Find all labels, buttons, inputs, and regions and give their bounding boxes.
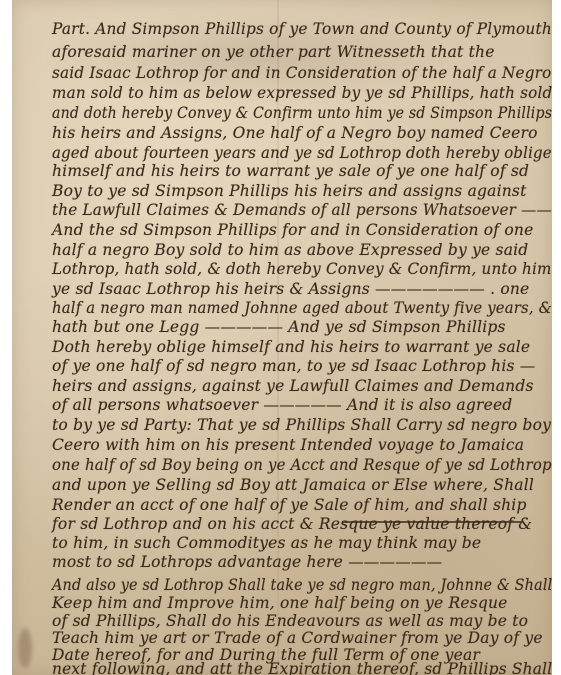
manuscript-line: for sd Lothrop and on his acct & Resque …: [52, 517, 538, 533]
manuscript-line: said Isaac Lothrop for and in Considerat…: [52, 66, 529, 82]
manuscript-line: and upon ye Selling sd Boy att Jamaica o…: [52, 478, 538, 494]
ink-stain: [18, 628, 32, 668]
manuscript-line: to him, in such Commodityes as he may th…: [52, 536, 538, 552]
manuscript-line: man sold to him as below expressed by ye…: [52, 86, 528, 102]
manuscript-line: Boy to ye sd Simpson Phillips his heirs …: [52, 184, 538, 200]
manuscript-line: half a negro man named Johnne aged about…: [52, 301, 517, 317]
manuscript-line: himself and his heirs to warrant ye sale…: [52, 164, 538, 180]
manuscript-page: Part. And Simpson Phillips of ye Town an…: [12, 0, 552, 675]
manuscript-line: hath but one Legg ————— And ye sd Simpso…: [52, 320, 538, 336]
manuscript-line: and doth hereby Convey & Confirm unto hi…: [52, 106, 495, 122]
manuscript-line: aforesaid mariner on ye other part Witne…: [52, 45, 538, 61]
manuscript-line: ye sd Isaac Lothrop his heirs & Assigns …: [52, 282, 538, 298]
manuscript-line: Doth hereby oblige himself and his heirs…: [52, 340, 538, 356]
manuscript-line: most to sd Lothrops advantage here —————…: [52, 555, 538, 571]
manuscript-line: his heirs and Assigns, One half of a Neg…: [52, 126, 538, 142]
manuscript-line: half a negro Boy sold to him as above Ex…: [52, 243, 538, 259]
manuscript-line: to by ye sd Party: That ye sd Phillips S…: [52, 418, 538, 434]
manuscript-line: one half of sd Boy being on ye Acct and …: [52, 458, 520, 474]
manuscript-line: Lothrop, hath sold, & doth hereby Convey…: [52, 262, 528, 278]
manuscript-line: Ceero with him on his present Intended v…: [52, 438, 538, 454]
manuscript-line: Render an acct of one half of ye Sale of…: [52, 498, 538, 514]
manuscript-line: And the sd Simpson Phillips for and in C…: [52, 223, 538, 239]
manuscript-line: aged about fourteen years and ye sd Loth…: [52, 146, 519, 162]
manuscript-line: of ye one half of sd negro man, to ye sd…: [52, 359, 538, 375]
manuscript-line: the Lawfull Claimes & Demands of all per…: [52, 203, 528, 219]
separator-rule: [342, 521, 522, 523]
manuscript-line: heirs and assigns, against ye Lawfull Cl…: [52, 379, 538, 395]
manuscript-line: Part. And Simpson Phillips of ye Town an…: [52, 22, 533, 38]
manuscript-line: of all persons whatsoever ————— And it i…: [52, 398, 538, 414]
